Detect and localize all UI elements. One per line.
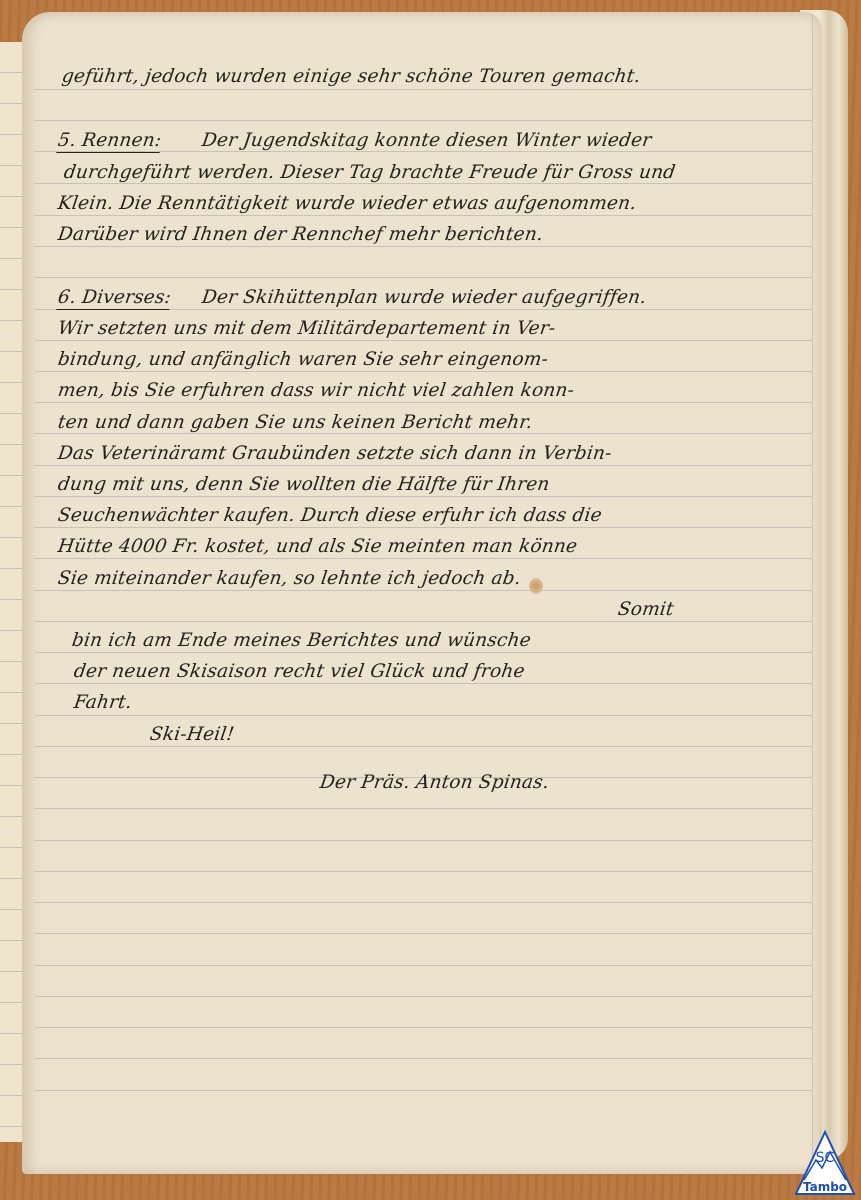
handwritten-line: Klein. Die Renntätigkeit wurde wieder et… xyxy=(57,193,638,214)
ruled-line xyxy=(34,590,812,591)
handwritten-line: Der Jugendskitag konnte diesen Winter wi… xyxy=(201,130,653,151)
ruled-line xyxy=(34,621,812,622)
heading-label: 5. Rennen: xyxy=(57,130,163,151)
handwritten-line: Sie miteinander kaufen, so lehnte ich je… xyxy=(57,568,523,589)
handwritten-line: Hütte 4000 Fr. kostet, und als Sie meint… xyxy=(57,536,579,557)
margin-line xyxy=(812,12,813,1174)
ruled-line xyxy=(34,402,812,403)
ruled-line xyxy=(34,840,812,841)
ruled-line xyxy=(34,371,812,372)
handwritten-line: Das Veterinäramt Graubünden setzte sich … xyxy=(57,443,614,464)
ruled-line xyxy=(34,1090,812,1091)
ruled-line xyxy=(34,933,812,934)
handwritten-line: Wir setzten uns mit dem Militärdeparteme… xyxy=(57,318,557,339)
ruled-line xyxy=(34,465,812,466)
handwritten-line: bin ich am Ende meines Berichtes und wün… xyxy=(71,630,533,651)
ruled-line xyxy=(34,309,812,310)
ruled-line xyxy=(34,277,812,278)
closing-salutation: Ski-Heil! xyxy=(149,724,236,745)
ruled-line xyxy=(34,151,812,152)
notebook-page: geführt, jedoch wurden einige sehr schön… xyxy=(22,12,822,1174)
ruled-line xyxy=(34,652,812,653)
ruled-line xyxy=(34,183,812,184)
handwritten-line: Seuchenwächter kaufen. Durch diese erfuh… xyxy=(57,505,604,526)
handwritten-line: durchgeführt werden. Dieser Tag brachte … xyxy=(63,162,677,183)
handwritten-line: men, bis Sie erfuhren dass wir nicht vie… xyxy=(57,380,576,401)
ruled-line xyxy=(34,808,812,809)
svg-text:SC: SC xyxy=(816,1150,835,1166)
ruled-line xyxy=(34,1027,812,1028)
ruled-line xyxy=(34,89,812,90)
handwritten-line: ten und dann gaben Sie uns keinen Berich… xyxy=(57,412,534,433)
handwritten-line: geführt, jedoch wurden einige sehr schön… xyxy=(61,66,642,87)
ruled-line xyxy=(34,902,812,903)
ink-stain xyxy=(529,578,543,594)
section-heading-rennen: 5. Rennen: xyxy=(57,130,163,151)
section-heading-diverses: 6. Diverses: xyxy=(57,287,173,308)
signature: Der Präs. Anton Spinas. xyxy=(319,772,551,793)
tambo-logo-text: Tambo xyxy=(794,1180,856,1194)
ruled-line xyxy=(34,1058,812,1059)
ruled-line xyxy=(34,433,812,434)
ruled-line xyxy=(34,527,812,528)
ruled-line xyxy=(34,746,812,747)
handwritten-line: Der Skihüttenplan wurde wieder aufgegrif… xyxy=(201,287,648,308)
handwritten-line: dung mit uns, denn Sie wollten die Hälft… xyxy=(57,474,552,495)
ruled-line xyxy=(34,715,812,716)
ruled-line xyxy=(34,683,812,684)
ruled-line xyxy=(34,246,812,247)
heading-label: 6. Diverses: xyxy=(57,287,173,308)
ruled-line xyxy=(34,558,812,559)
ruled-line xyxy=(34,340,812,341)
handwritten-line: der neuen Skisaison recht viel Glück und… xyxy=(73,661,527,682)
facing-page-edge xyxy=(0,42,23,1142)
ruled-line xyxy=(34,215,812,216)
ruled-line xyxy=(34,965,812,966)
handwritten-line: Darüber wird Ihnen der Rennchef mehr ber… xyxy=(57,224,545,245)
handwritten-line: Somit xyxy=(617,599,676,620)
ruled-line xyxy=(34,120,812,121)
handwritten-line: bindung, und anfänglich waren Sie sehr e… xyxy=(57,349,550,370)
ruled-line xyxy=(34,996,812,997)
ruled-line xyxy=(34,871,812,872)
ruled-line xyxy=(34,496,812,497)
handwritten-line: Fahrt. xyxy=(73,692,134,713)
